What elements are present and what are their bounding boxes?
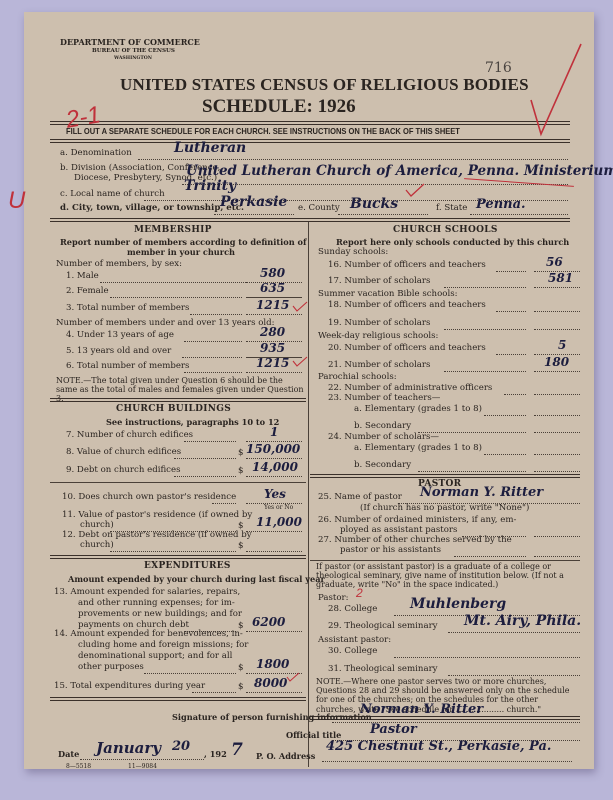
q19-field[interactable] (534, 329, 580, 330)
form-code: 8—5518 (66, 763, 91, 770)
q12-label-2: church) (80, 540, 114, 550)
local-name-label: c. Local name of church (60, 189, 165, 199)
membership-heading: MEMBERSHIP (134, 225, 212, 235)
q7-label: 7. Number of church edifices (66, 430, 193, 440)
q28-label: 28. College (328, 604, 377, 614)
q27-field[interactable] (534, 556, 580, 557)
date-label: Date (58, 749, 79, 759)
dollar-sign: $ (238, 682, 243, 692)
q29-seminary-value[interactable]: Mt. Airy, Phila. (464, 613, 581, 629)
q14-label-3: denominational support; and for all (78, 651, 232, 661)
q26-field[interactable] (534, 536, 580, 537)
q6-label: 6. Total number of members (66, 361, 189, 371)
department-name: DEPARTMENT OF COMMERCE (60, 37, 200, 47)
address-value[interactable]: 425 Chestnut St., Perkasie, Pa. (326, 739, 551, 754)
q31-label: 31. Theological seminary (328, 664, 438, 674)
q19-label: 19. Number of scholars (328, 318, 430, 328)
q13-label-3: provements or new buildings; and for (78, 609, 242, 619)
dollar-sign: $ (238, 663, 243, 673)
q23-label: 23. Number of teachers— (328, 393, 440, 403)
county-value[interactable]: Bucks (350, 196, 398, 212)
weekday-schools-label: Week-day religious schools: (318, 331, 438, 341)
state-label: f. State (436, 203, 467, 213)
red-tick-icon (404, 182, 426, 198)
q30-field[interactable] (394, 657, 580, 658)
date-day-value[interactable]: 20 (172, 739, 190, 754)
city-label: d. City, town, village, or township, etc… (60, 203, 244, 213)
q5-label: 5. 13 years old and over (66, 346, 171, 356)
q24-label: 24. Number of scholars— (328, 432, 439, 442)
expenditures-heading: EXPENDITURES (144, 561, 231, 571)
red-margin-mark: U (8, 187, 25, 215)
red-pastor-annotation: 2 (356, 586, 363, 600)
q9-debt-value[interactable]: 14,000 (252, 460, 298, 474)
red-annotation-top-left: 2-1 (64, 101, 103, 135)
dollar-sign: $ (238, 466, 243, 476)
bureau-location: WASHINGTON (114, 56, 152, 61)
q24a-label: a. Elementary (grades 1 to 8) (354, 443, 482, 453)
banner-bottom-rule (50, 139, 570, 143)
q15-total-expenditures-value[interactable]: 8000 (254, 676, 287, 690)
q14-benevolences-value[interactable]: 1800 (256, 657, 289, 671)
q26-label-1: 26. Number of ordained ministers, if any… (318, 515, 516, 525)
q25-label: 25. Name of pastor (318, 492, 402, 502)
city-value[interactable]: Perkasie (220, 194, 287, 210)
stamp-number: 716 (485, 60, 512, 76)
q23b-label: b. Secondary (354, 421, 411, 431)
q10-label: 10. Does church own pastor's residence (62, 492, 236, 502)
division-value[interactable]: United Lutheran Church of America, Penna… (186, 163, 613, 179)
membership-subheading-1: Report number of members according to de… (60, 237, 302, 247)
q22-label: 22. Number of administrative officers (328, 383, 492, 393)
banner-top-rule (50, 121, 570, 125)
q3-total-value[interactable]: 1215 (256, 298, 289, 312)
q27-label-1: 27. Number of other churches served by t… (318, 535, 512, 545)
q27-label-2: pastor or his assistants (340, 545, 441, 555)
church-buildings-subheading: See instructions, paragraphs 10 to 12 (106, 417, 279, 427)
q14-label-2: cluding home and foreign missions; for (78, 640, 248, 650)
q31-field[interactable] (448, 675, 580, 676)
sunday-schools-label: Sunday schools: (318, 247, 388, 257)
yes-or-no-hint: Yes or No (264, 504, 293, 511)
q22-field[interactable] (534, 394, 580, 395)
dollar-sign: $ (238, 448, 243, 458)
q6-total-value[interactable]: 1215 (256, 356, 289, 370)
q24b-label: b. Secondary (354, 460, 411, 470)
church-buildings-heading: CHURCH BUILDINGS (116, 404, 231, 414)
census-schedule-sheet: DEPARTMENT OF COMMERCE BUREAU OF THE CEN… (24, 12, 594, 769)
q15-label: 15. Total expenditures during year (54, 681, 205, 691)
members-by-age-label: Number of members under and over 13 year… (56, 318, 275, 328)
church-schools-heading: CHURCH SCHOOLS (393, 225, 498, 235)
q21-weekday-scholars-value[interactable]: 180 (544, 355, 569, 369)
q25-hint: (If church has no pastor, write "None") (360, 503, 529, 513)
instruction-banner: FILL OUT A SEPARATE SCHEDULE FOR EACH CH… (66, 126, 460, 136)
q23a-label: a. Elementary (grades 1 to 8) (354, 404, 482, 414)
q4-label: 4. Under 13 years of age (66, 330, 174, 340)
expenditures-subheading: Amount expended by your church during la… (68, 574, 325, 584)
church-schools-subheading: Report here only schools conducted by th… (336, 237, 569, 247)
q25-pastor-name-value[interactable]: Norman Y. Ritter (420, 485, 543, 500)
q7-edifices-value[interactable]: 1 (270, 425, 278, 439)
membership-subheading-2: member in your church (60, 247, 302, 257)
county-label: e. County (298, 203, 340, 213)
q11-residence-value[interactable]: 11,000 (256, 515, 302, 529)
q8-label: 8. Value of church edifices (66, 447, 181, 457)
form-title: UNITED STATES CENSUS OF RELIGIOUS BODIES (120, 75, 529, 95)
date-year-suffix-value[interactable]: 7 (231, 740, 243, 760)
denomination-value[interactable]: Lutheran (174, 140, 246, 156)
column-divider (308, 222, 309, 767)
q16-label: 16. Number of officers and teachers (328, 260, 486, 270)
denomination-label: a. Denomination (60, 148, 132, 158)
q20-label: 20. Number of officers and teachers (328, 343, 486, 353)
q20-weekday-teachers-value[interactable]: 5 (558, 338, 566, 352)
q10-residence-value[interactable]: Yes (264, 487, 286, 501)
q23a-field[interactable] (534, 415, 580, 416)
q1-male-value[interactable]: 580 (260, 266, 285, 280)
address-label: P. O. Address (256, 751, 315, 761)
q12-debt-field[interactable] (246, 551, 302, 552)
q29-label: 29. Theological seminary (328, 621, 438, 631)
q8-value-edifices[interactable]: 150,000 (246, 442, 300, 456)
q13-label-2: and other running expenses; for im- (78, 598, 235, 608)
dollar-sign: $ (238, 541, 243, 551)
red-tick-icon (292, 356, 308, 368)
q24a-field[interactable] (534, 454, 580, 455)
date-month-value[interactable]: January (96, 739, 161, 757)
q16-sunday-teachers-value[interactable]: 56 (546, 255, 563, 269)
q26-label-2: ployed as assistant pastors (340, 525, 457, 535)
print-code: 11—9084 (128, 763, 157, 770)
q9-label: 9. Debt on church edifices (66, 465, 180, 475)
q2-female-value[interactable]: 635 (260, 281, 285, 295)
q28-college-value[interactable]: Muhlenberg (410, 596, 506, 612)
q3-label: 3. Total number of members (66, 303, 189, 313)
red-tick-icon (292, 301, 308, 313)
q18-field[interactable] (534, 311, 580, 312)
q11-label-2: church) (80, 520, 114, 530)
q13-label-1: 13. Amount expended for salaries, repair… (54, 587, 240, 597)
official-title-value[interactable]: Pastor (370, 722, 417, 737)
q5-over13-value[interactable]: 935 (260, 341, 285, 355)
q12-label-1: 12. Debt on pastor's residence (if owned… (62, 530, 252, 540)
local-name-value[interactable]: Trinity (184, 178, 236, 194)
date-year-prefix: , 192 (204, 749, 227, 759)
q23b-field[interactable] (534, 432, 580, 433)
q17-label: 17. Number of scholars (328, 276, 430, 286)
section-divider-top (50, 218, 570, 222)
summer-schools-label: Summer vacation Bible schools: (318, 289, 458, 299)
state-value[interactable]: Penna. (476, 197, 526, 212)
q1-label: 1. Male (66, 271, 99, 281)
assistant-pastor-subheading: Assistant pastor: (318, 635, 391, 645)
signature-label: Signature of person furnishing informati… (172, 712, 372, 722)
pastor-subheading: Pastor: (318, 593, 349, 603)
q14-label-1: 14. Amount expended for benevolences, in… (54, 629, 243, 639)
signature-value[interactable]: Norman Y. Ritter (360, 702, 483, 717)
q4-under13-value[interactable]: 280 (260, 325, 285, 339)
q13-running-expenses-value[interactable]: 6200 (252, 615, 285, 629)
q11-label-1: 11. Value of pastor's residence (if owne… (62, 510, 252, 520)
red-tick-icon (286, 672, 300, 682)
q2-label: 2. Female (66, 286, 109, 296)
q18-label: 18. Number of officers and teachers (328, 300, 486, 310)
q30-label: 30. College (328, 646, 377, 656)
bureau-name: BUREAU OF THE CENSUS (92, 48, 175, 54)
q14-label-4: other purposes (78, 662, 144, 672)
parochial-schools-label: Parochial schools: (318, 372, 397, 382)
red-checkmark-icon (527, 40, 587, 140)
q17-sunday-scholars-value[interactable]: 581 (548, 271, 573, 285)
q24b-field[interactable] (534, 471, 580, 472)
red-underline (464, 178, 574, 187)
schedule-title: SCHEDULE: 1926 (202, 96, 356, 118)
members-by-sex-label: Number of members, by sex: (56, 259, 182, 269)
q21-label: 21. Number of scholars (328, 360, 430, 370)
